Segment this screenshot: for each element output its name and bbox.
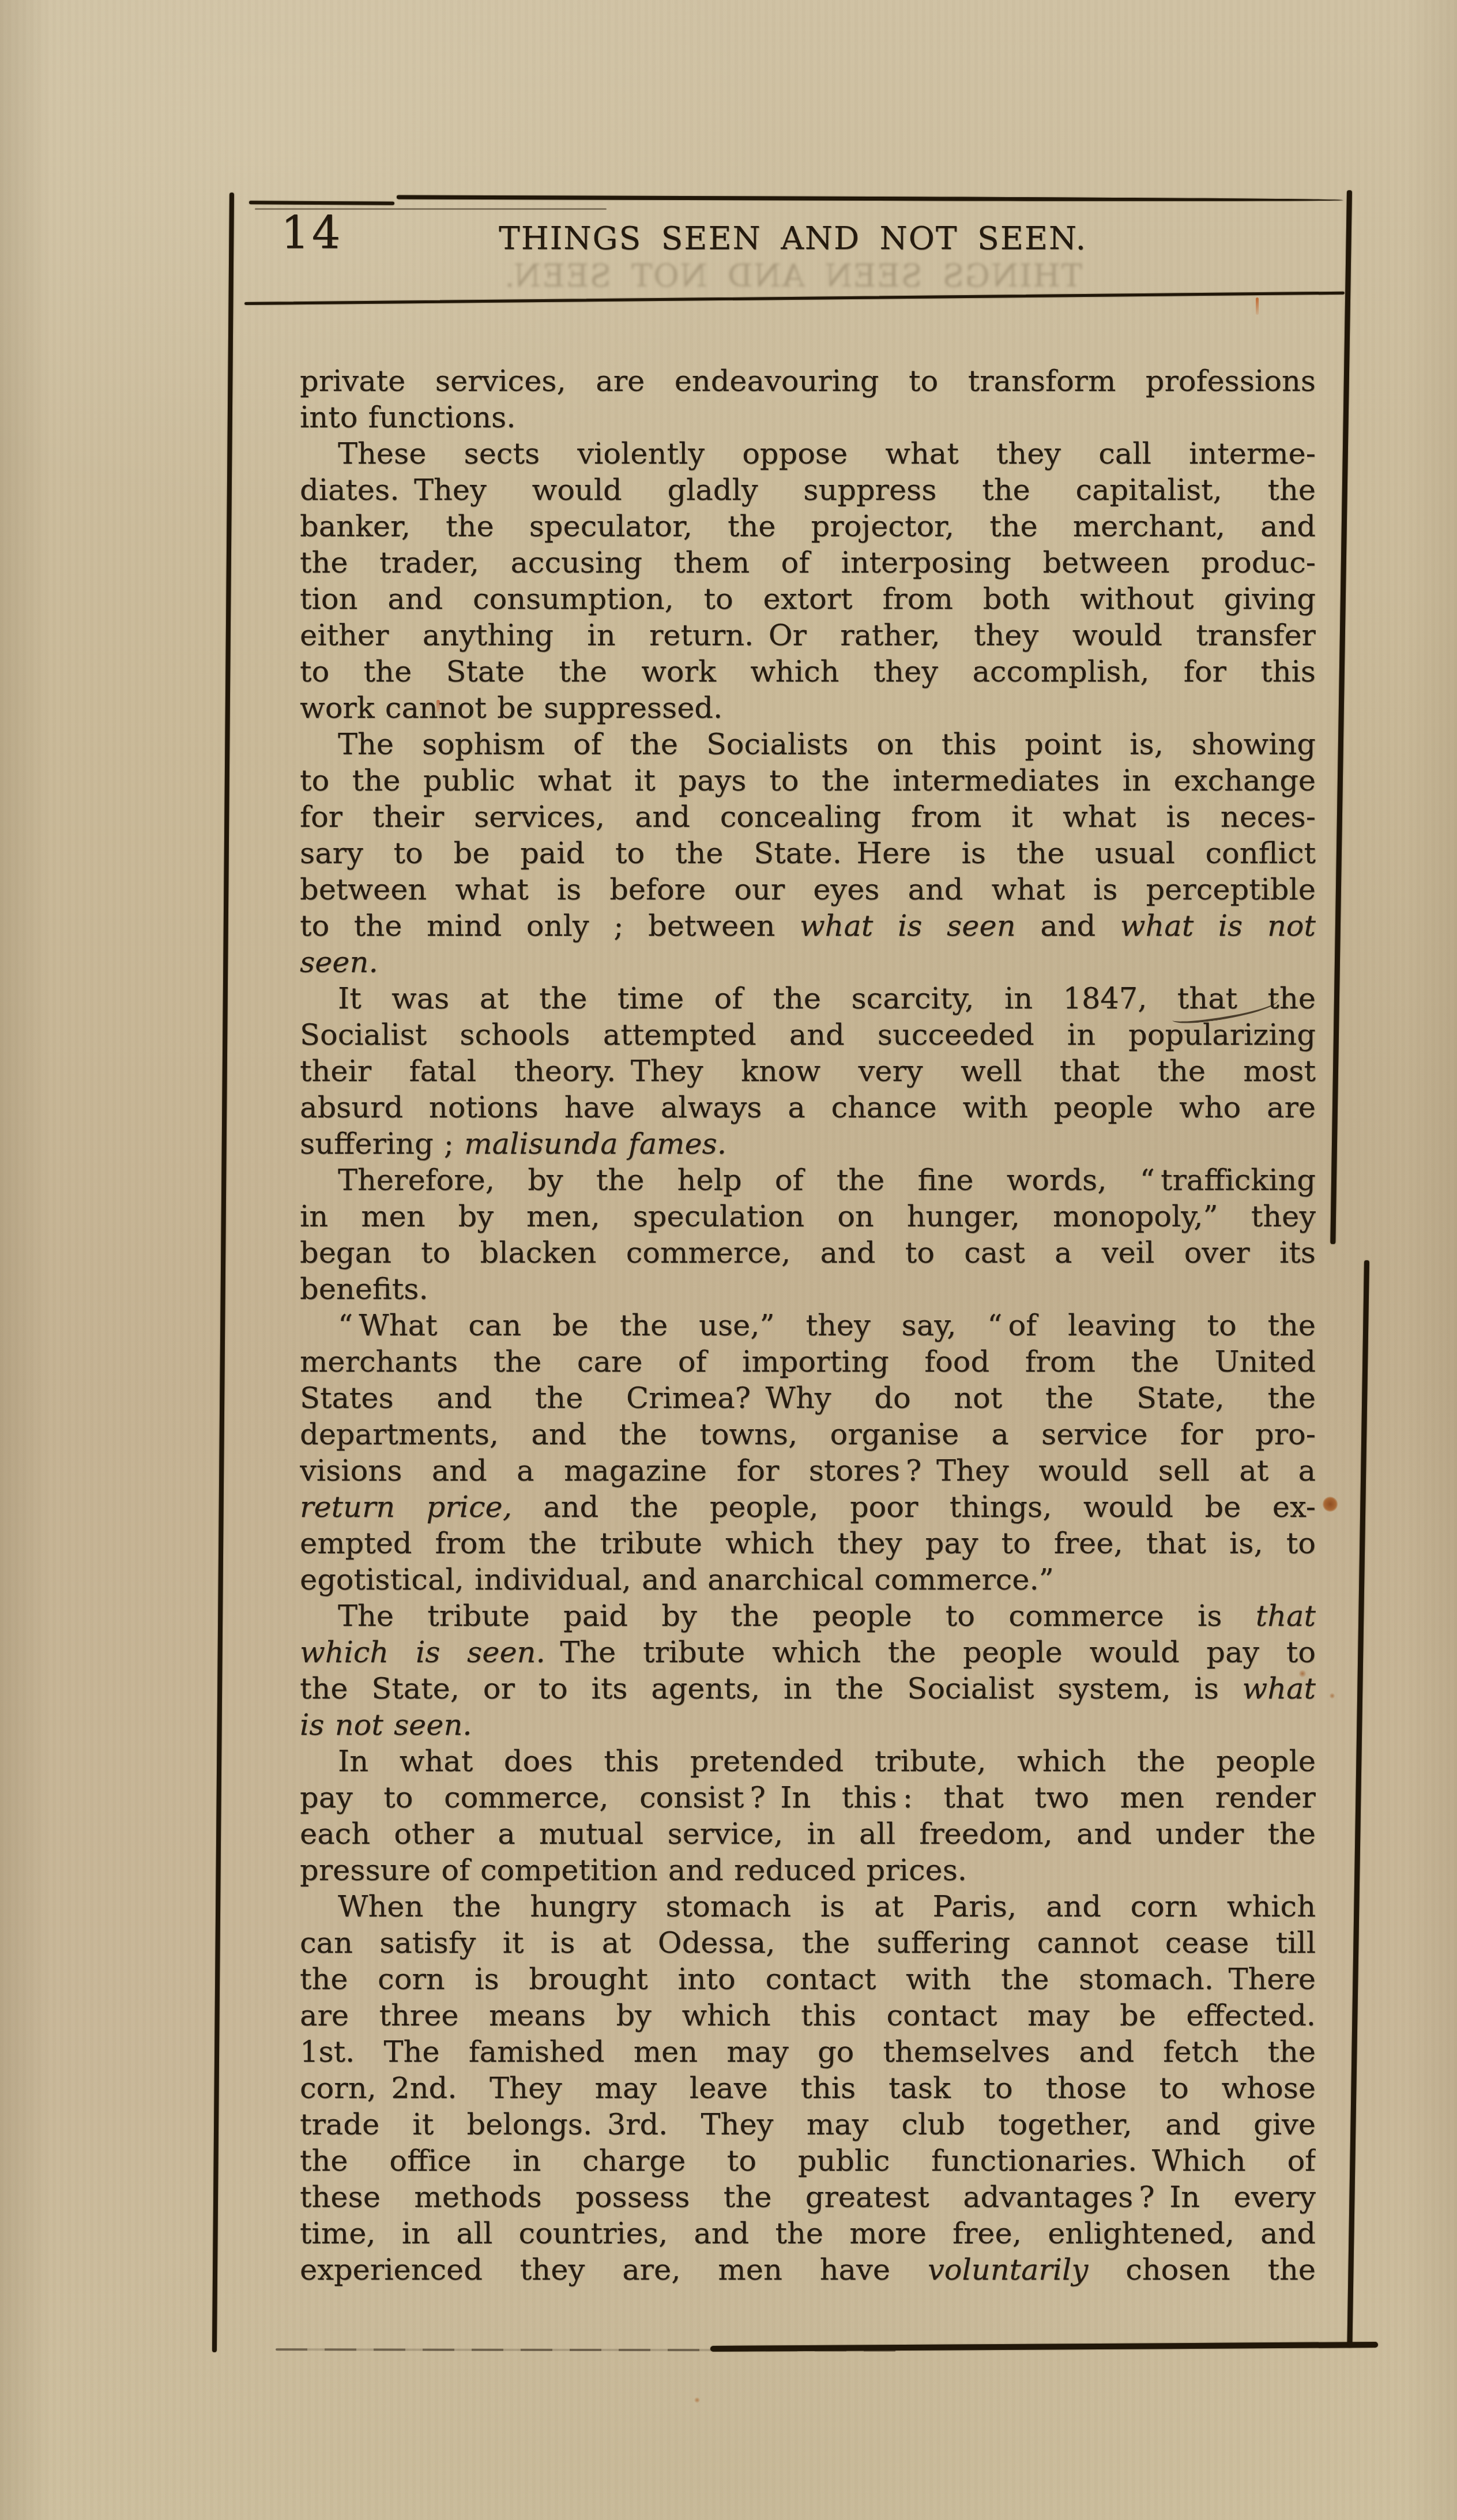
- text-segment: pressure of competition and reduced pric…: [300, 1854, 967, 1888]
- text-line: the office in charge to public functiona…: [300, 2143, 1316, 2179]
- page-border-right-lower: [1347, 1260, 1369, 2348]
- text-segment: benefits.: [300, 1272, 428, 1306]
- paragraph: The sophism of the Socialists on this po…: [300, 726, 1316, 981]
- text-segment: pay to commerce, consist ? In this : tha…: [300, 1781, 1316, 1815]
- text-segment: can satisfy it is at Odessa, the sufferi…: [300, 1926, 1316, 1960]
- text-line: these methods possess the greatest advan…: [300, 2179, 1316, 2216]
- text-segment: the trader, accusing them of interposing…: [300, 546, 1316, 580]
- text-line: the State, or to its agents, in the Soci…: [300, 1671, 1316, 1707]
- text-line: trade it belongs. 3rd. They may club tog…: [300, 2107, 1316, 2143]
- italic-text-segment: which is seen.: [300, 1636, 545, 1670]
- text-line: each other a mutual service, in all free…: [300, 1816, 1316, 1852]
- text-segment: into functions.: [300, 401, 515, 435]
- text-segment: absurd notions have always a chance with…: [300, 1091, 1316, 1125]
- text-line: experienced they are, men have voluntari…: [300, 2252, 1316, 2288]
- page-border-right-upper: [1330, 190, 1352, 1244]
- text-line: tion and consumption, to extort from bot…: [300, 581, 1316, 617]
- text-segment: between what is before our eyes and what…: [300, 873, 1316, 907]
- text-line: departments, and the towns, organise a s…: [300, 1417, 1316, 1453]
- paragraph: private services, are endeavouring to tr…: [300, 363, 1316, 436]
- text-line: to the State the work which they accompl…: [300, 654, 1316, 690]
- text-segment: Socialist schools attempted and succeede…: [300, 1018, 1316, 1052]
- italic-text-segment: what: [1243, 1672, 1316, 1706]
- text-line: is not seen.: [300, 1707, 1316, 1743]
- foxing-speck: [1299, 1670, 1306, 1678]
- text-line: can satisfy it is at Odessa, the sufferi…: [300, 1925, 1316, 1961]
- paragraph: “ What can be the use,” they say, “ of l…: [300, 1308, 1316, 1598]
- paragraph: It was at the time of the scarcity, in 1…: [300, 981, 1316, 1162]
- text-segment: corn, 2nd. They may leave this task to t…: [300, 2071, 1316, 2105]
- text-segment: time, in all countries, and the more fre…: [300, 2217, 1316, 2251]
- page-body-text: private services, are endeavouring to tr…: [300, 363, 1316, 2288]
- paragraph: These sects violently oppose what they c…: [300, 436, 1316, 726]
- text-segment: suffering ;: [300, 1127, 464, 1161]
- text-line: into functions.: [300, 400, 1316, 436]
- text-line: “ What can be the use,” they say, “ of l…: [300, 1308, 1316, 1344]
- text-segment: The tribute which the people would pay t…: [545, 1636, 1316, 1670]
- text-line: When the hungry stomach is at Paris, and…: [300, 1889, 1316, 1925]
- page-border-left: [212, 193, 234, 2352]
- text-segment: began to blacken commerce, and to cast a…: [300, 1236, 1316, 1270]
- text-segment: merchants the care of importing food fro…: [300, 1345, 1316, 1379]
- italic-text-segment: that: [1256, 1599, 1316, 1633]
- text-line: States and the Crimea? Why do not the St…: [300, 1380, 1316, 1417]
- text-segment: Therefore, by the help of the fine words…: [338, 1163, 1316, 1197]
- text-line: in men by men, speculation on hunger, mo…: [300, 1199, 1316, 1235]
- text-line: are three means by which this contact ma…: [300, 1998, 1316, 2034]
- text-line: return price, and the people, poor thing…: [300, 1489, 1316, 1525]
- text-line: pay to commerce, consist ? In this : tha…: [300, 1780, 1316, 1816]
- text-line: The sophism of the Socialists on this po…: [300, 726, 1316, 763]
- text-line: sary to be paid to the State. Here is th…: [300, 835, 1316, 872]
- text-segment: to the State the work which they accompl…: [300, 655, 1316, 689]
- text-segment: The sophism of the Socialists on this po…: [338, 728, 1316, 762]
- text-line: Socialist schools attempted and succeede…: [300, 1017, 1316, 1053]
- text-segment: egotistical, individual, and anarchical …: [300, 1563, 1054, 1597]
- text-line: egotistical, individual, and anarchical …: [300, 1562, 1316, 1598]
- foxing-speck: [436, 700, 440, 713]
- text-segment: States and the Crimea? Why do not the St…: [300, 1381, 1316, 1415]
- text-segment: in men by men, speculation on hunger, mo…: [300, 1200, 1316, 1234]
- text-line: corn, 2nd. They may leave this task to t…: [300, 2070, 1316, 2107]
- text-line: 1st. The famished men may go themselves …: [300, 2034, 1316, 2070]
- text-line: absurd notions have always a chance with…: [300, 1090, 1316, 1126]
- italic-text-segment: what is not: [1120, 909, 1316, 943]
- text-segment: The tribute paid by the people to commer…: [338, 1599, 1256, 1633]
- text-segment: for their services, and concealing from …: [300, 800, 1316, 834]
- text-segment: tion and consumption, to extort from bot…: [300, 582, 1316, 616]
- text-line: work cannot be suppressed.: [300, 690, 1316, 726]
- text-line: diates. They would gladly suppress the c…: [300, 472, 1316, 508]
- text-line: private services, are endeavouring to tr…: [300, 363, 1316, 400]
- foxing-speck: [694, 2397, 700, 2403]
- top-rule-left-segment: [249, 201, 394, 205]
- italic-text-segment: is not seen.: [300, 1708, 472, 1742]
- text-line: for their services, and concealing from …: [300, 799, 1316, 835]
- text-segment: It was at the time of the scarcity, in 1…: [338, 982, 1316, 1016]
- text-segment: work cannot be suppressed.: [300, 691, 722, 725]
- text-segment: the corn is brought into contact with th…: [300, 1962, 1316, 1997]
- text-line: The tribute paid by the people to commer…: [300, 1598, 1316, 1634]
- text-segment: When the hungry stomach is at Paris, and…: [338, 1890, 1316, 1924]
- text-segment: each other a mutual service, in all free…: [300, 1817, 1316, 1851]
- text-line: time, in all countries, and the more fre…: [300, 2216, 1316, 2252]
- show-through-ghost-title: THINGS SEEN AND NOT SEEN.: [242, 261, 1343, 292]
- text-segment: to the public what it pays to the interm…: [300, 764, 1316, 798]
- text-line: Therefore, by the help of the fine words…: [300, 1162, 1316, 1199]
- text-segment: are three means by which this contact ma…: [300, 1999, 1316, 2033]
- foxing-speck: [1256, 297, 1259, 315]
- text-segment: empted from the tribute which they pay t…: [300, 1527, 1316, 1561]
- text-segment: 1st. The famished men may go themselves …: [300, 2035, 1316, 2069]
- text-line: seen.: [300, 944, 1316, 981]
- paragraph: The tribute paid by the people to commer…: [300, 1598, 1316, 1743]
- bottom-rule-dark: [710, 2342, 1378, 2352]
- text-segment: “ What can be the use,” they say, “ of l…: [338, 1309, 1316, 1343]
- text-segment: and the people, poor things, would be ex…: [512, 1490, 1316, 1524]
- foxing-speck: [1330, 1693, 1335, 1699]
- text-segment: departments, and the towns, organise a s…: [300, 1418, 1316, 1452]
- text-line: In what does this pretended tribute, whi…: [300, 1743, 1316, 1780]
- text-segment: experienced they are, men have: [300, 2253, 928, 2287]
- text-segment: their fatal theory. They know very well …: [300, 1054, 1316, 1088]
- text-segment: These sects violently oppose what they c…: [338, 437, 1316, 471]
- running-title: THINGS SEEN AND NOT SEEN.: [242, 223, 1343, 254]
- text-segment: sary to be paid to the State. Here is th…: [300, 837, 1316, 871]
- italic-text-segment: voluntarily: [928, 2253, 1088, 2287]
- italic-text-segment: malisunda fames.: [464, 1127, 726, 1161]
- text-line: the corn is brought into contact with th…: [300, 1961, 1316, 1998]
- text-segment: to the mind only ; between: [300, 909, 800, 943]
- text-line: benefits.: [300, 1271, 1316, 1308]
- text-segment: private services, are endeavouring to tr…: [300, 364, 1316, 398]
- text-line: empted from the tribute which they pay t…: [300, 1525, 1316, 1562]
- text-line: banker, the speculator, the projector, t…: [300, 508, 1316, 545]
- text-segment: visions and a magazine for stores ? They…: [300, 1454, 1316, 1488]
- text-segment: In what does this pretended tribute, whi…: [338, 1745, 1316, 1779]
- text-segment: the office in charge to public functiona…: [300, 2144, 1316, 2178]
- italic-text-segment: seen.: [300, 946, 378, 980]
- top-rule-main: [397, 195, 1343, 202]
- text-segment: either anything in return. Or rather, th…: [300, 619, 1316, 653]
- text-segment: trade it belongs. 3rd. They may club tog…: [300, 2108, 1316, 2142]
- paragraph: Therefore, by the help of the fine words…: [300, 1162, 1316, 1308]
- text-segment: banker, the speculator, the projector, t…: [300, 510, 1316, 544]
- text-line: began to blacken commerce, and to cast a…: [300, 1235, 1316, 1271]
- text-line: suffering ; malisunda fames.: [300, 1126, 1316, 1162]
- paragraph: In what does this pretended tribute, whi…: [300, 1743, 1316, 1889]
- text-line: their fatal theory. They know very well …: [300, 1053, 1316, 1090]
- text-line: These sects violently oppose what they c…: [300, 436, 1316, 472]
- text-line: merchants the care of importing food fro…: [300, 1344, 1316, 1380]
- text-segment: these methods possess the greatest advan…: [300, 2180, 1316, 2214]
- text-line: pressure of competition and reduced pric…: [300, 1852, 1316, 1889]
- text-line: visions and a magazine for stores ? They…: [300, 1453, 1316, 1489]
- text-line: to the public what it pays to the interm…: [300, 763, 1316, 799]
- text-line: between what is before our eyes and what…: [300, 872, 1316, 908]
- text-line: either anything in return. Or rather, th…: [300, 617, 1316, 654]
- foxing-speck: [1323, 1497, 1338, 1512]
- text-segment: chosen the: [1088, 2253, 1316, 2287]
- text-line: It was at the time of the scarcity, in 1…: [300, 981, 1316, 1017]
- text-segment: and: [1016, 909, 1120, 943]
- text-line: which is seen. The tribute which the peo…: [300, 1634, 1316, 1671]
- italic-text-segment: return price,: [300, 1490, 512, 1524]
- italic-text-segment: what is seen: [800, 909, 1016, 943]
- text-line: the trader, accusing them of interposing…: [300, 545, 1316, 581]
- text-segment: diates. They would gladly suppress the c…: [300, 473, 1316, 507]
- paragraph: When the hungry stomach is at Paris, and…: [300, 1889, 1316, 2288]
- scanned-book-page: 14 THINGS SEEN AND NOT SEEN. THINGS SEEN…: [0, 0, 1457, 2520]
- text-segment: the State, or to its agents, in the Soci…: [300, 1672, 1243, 1706]
- text-line: to the mind only ; between what is seen …: [300, 908, 1316, 944]
